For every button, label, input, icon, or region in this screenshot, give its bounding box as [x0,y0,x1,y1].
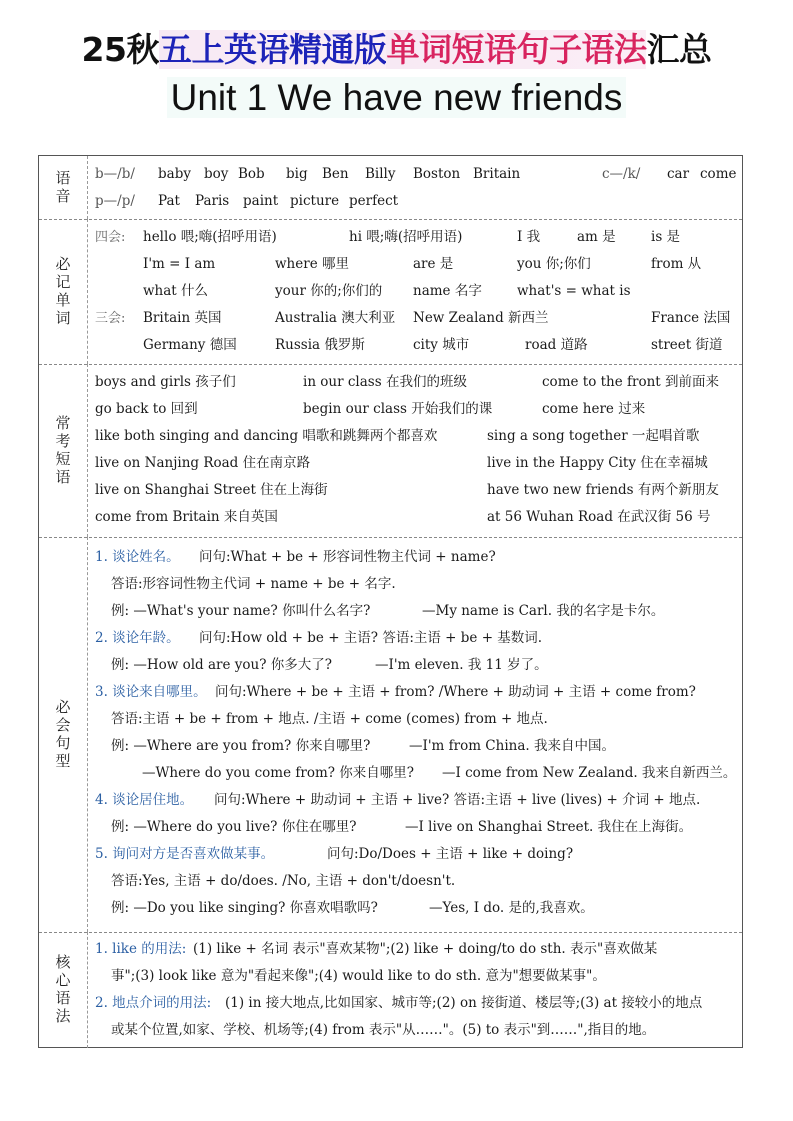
phrases-row: boys and girls 孩子们 in our class 在我们的班级 c… [95,369,736,396]
unit-subtitle: Unit 1 We have new friends [0,74,793,122]
sentence-item-5: 5. 询问对方是否喜欢做某事。 问句:Do/Does + 主语 + like +… [95,841,736,868]
sentence-item-4: 4. 谈论居住地。 问句:Where + 助动词 + 主语 + live? 答语… [95,787,736,814]
words-row: 三会: Britain 英国 Australia 澳大利亚 New Zealan… [95,305,736,332]
section-phrases: 常考短语 boys and girls 孩子们 in our class 在我们… [39,364,742,538]
title-topic: 单词短语句子语法 [386,30,646,69]
words-row: what 什么 your 你的;你们的 name 名字 what's = wha… [95,278,736,305]
phrases-row: like both singing and dancing 唱歌和跳舞两个都喜欢… [95,423,736,450]
phrases-row: live on Shanghai Street 住在上海街 have two n… [95,477,736,504]
section-words: 必记单词 四会: hello 喂;嗨(招呼用语) hi 喂;嗨(招呼用语) I … [39,219,742,365]
phrases-row: go back to 回到 begin our class 开始我们的课 com… [95,396,736,423]
grammar-item-2: 2. 地点介词的用法: (1) in 接大地点,比如国家、城市等;(2) on … [95,990,736,1017]
section-grammar: 核心语法 1. like 的用法: (1) like + 名词 表示"喜欢某物"… [39,932,742,1048]
page-title: 25秋五上英语精通版单词短语句子语法汇总 [0,28,793,72]
section-sentences: 必会句型 1. 谈论姓名。 问句:What + be + 形容词性物主代词 + … [39,537,742,933]
title-textbook: 五上英语精通版 [159,30,387,69]
section-label: 常考短语 [39,364,88,537]
summary-table: 语音 b—/b/ baby boy Bob big Ben Billy Bost… [38,155,743,1048]
sentence-item-1: 1. 谈论姓名。 问句:What + be + 形容词性物主代词 + name? [95,544,736,571]
phonics-row: b—/b/ baby boy Bob big Ben Billy Boston … [95,161,736,188]
words-row: Germany 德国 Russia 俄罗斯 city 城市 road 道路 st… [95,332,736,359]
section-label: 语音 [39,156,88,219]
sentence-item-3: 3. 谈论来自哪里。 问句:Where + be + 主语 + from? /W… [95,679,736,706]
title-season: 25秋 [82,30,159,69]
section-label: 必会句型 [39,537,88,932]
words-row: 四会: hello 喂;嗨(招呼用语) hi 喂;嗨(招呼用语) I 我 am … [95,224,736,251]
sentence-item-2: 2. 谈论年龄。 问句:How old + be + 主语? 答语:主语 + b… [95,625,736,652]
phrases-row: live on Nanjing Road 住在南京路 live in the H… [95,450,736,477]
title-summary: 汇总 [646,30,711,69]
section-phonics: 语音 b—/b/ baby boy Bob big Ben Billy Bost… [39,156,742,220]
section-label: 核心语法 [39,932,88,1048]
phrases-row: come from Britain 来自英国 at 56 Wuhan Road … [95,504,736,531]
grammar-item-1: 1. like 的用法: (1) like + 名词 表示"喜欢某物";(2) … [95,936,736,963]
words-row: I'm = I am where 哪里 are 是 you 你;你们 from … [95,251,736,278]
section-label: 必记单词 [39,219,88,364]
phonics-row: p—/p/ Pat Paris paint picture perfect [95,188,736,215]
